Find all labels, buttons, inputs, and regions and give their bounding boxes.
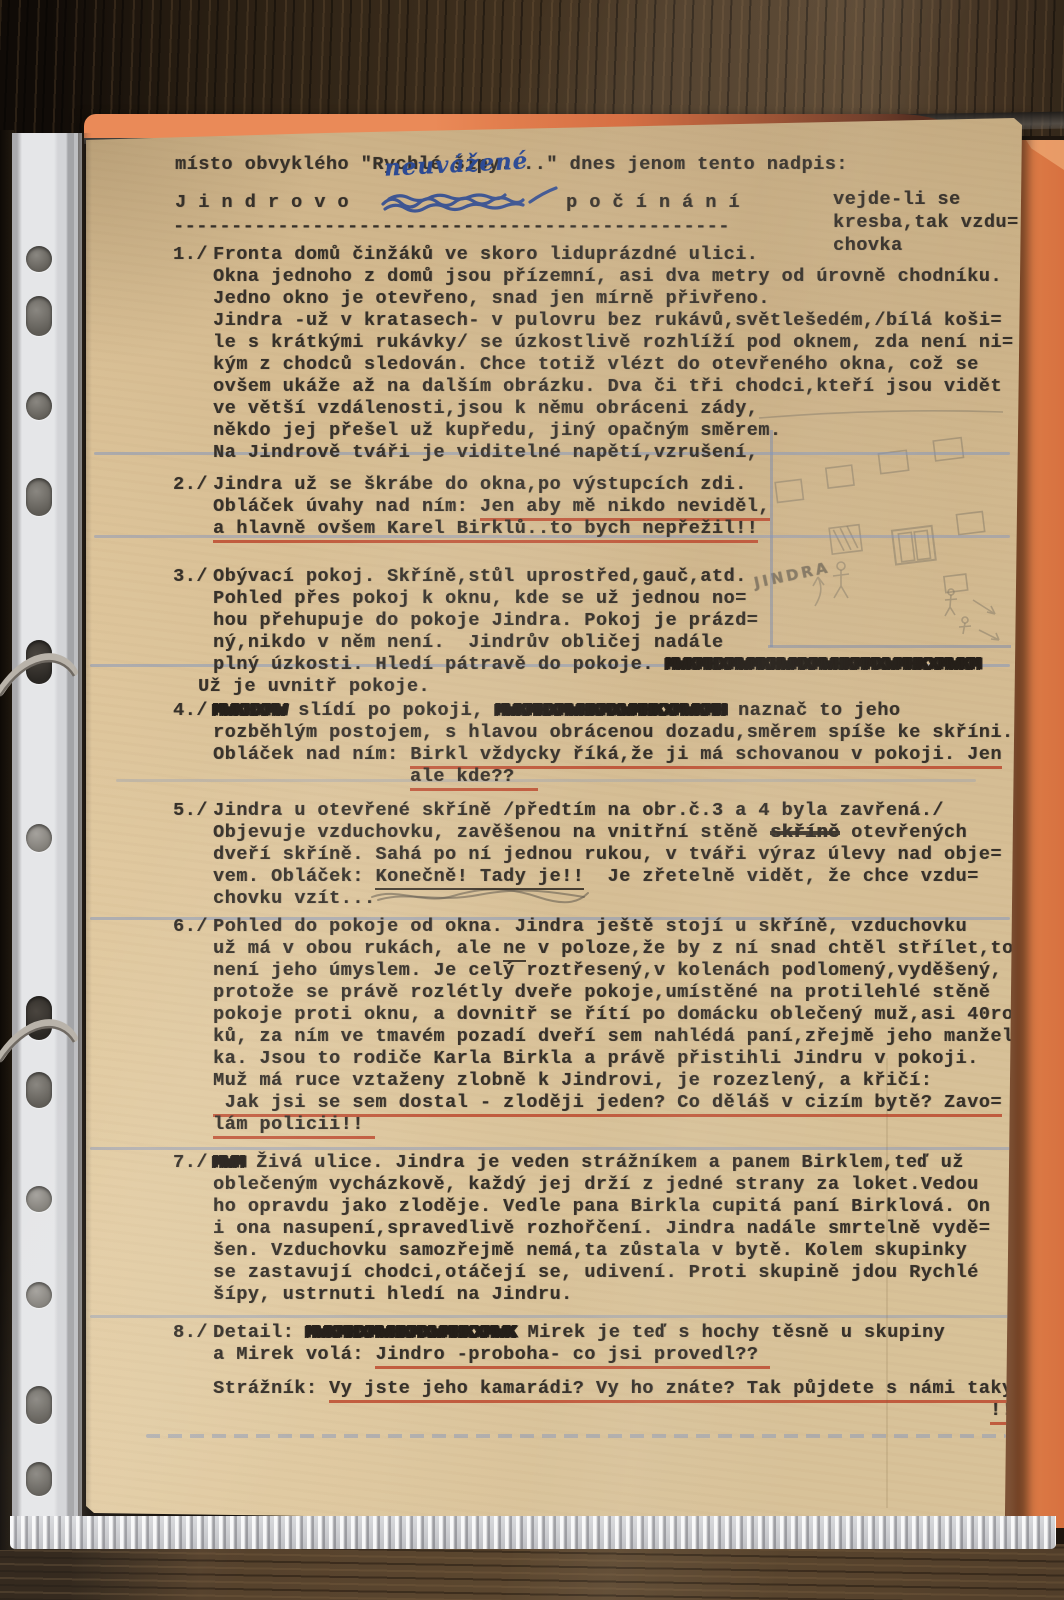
typed-line: ovšem ukáže až na dalším obrázku. Dva či… — [213, 376, 1002, 398]
paper-crease — [886, 1058, 888, 1508]
binder-ring — [0, 608, 92, 712]
typed-line: MWKHXMW slídí po pokoji, MWKMHXMWHKMXWMH… — [213, 700, 900, 722]
typed-text: a Mirek volá: — [213, 1344, 375, 1365]
section-number: 1./ — [173, 244, 208, 266]
typed-line: chovku vzít... — [213, 888, 375, 910]
typed-line: oblečeným vycházkově, každý jej drží z j… — [213, 1174, 979, 1196]
typed-text: protože se právě rozlétly dveře pokoje,u… — [213, 982, 990, 1003]
handwritten-correction: neuvážené — [383, 148, 529, 182]
section-number: 5./ — [173, 800, 208, 822]
typed-text: ve větší vzdálenosti,jsou k němu obrácen… — [213, 398, 758, 419]
crossed-out-text: MWKMHXMWHKMXWMHKXMWKMH — [495, 700, 726, 721]
typed-line: Fronta domů činžáků ve skoro liduprázdné… — [213, 244, 758, 266]
typed-text: plný úzkosti. Hledí pátravě do pokoje. — [213, 654, 665, 675]
typed-text: šípy, ustrnuti hledí na Jindru. — [213, 1284, 573, 1305]
sketch-small-figures-arrows — [945, 589, 999, 640]
typed-line: někdo jej přešel už kupředu, jiný opačný… — [213, 420, 782, 442]
typed-text: Obláček úvahy nad ním: — [213, 496, 480, 517]
typed-text: Okna jednoho z domů jsou přízemní, asi d… — [213, 266, 1002, 287]
typed-text: Strážník: — [213, 1378, 329, 1399]
pencil-storyboard-sketch: JINDRA — [741, 404, 1016, 659]
typed-text: chovku vzít... — [213, 888, 375, 909]
typed-text: Mirek je teď s hochy těsně u skupiny — [516, 1322, 945, 1343]
wood-table-bottom — [0, 1544, 1064, 1600]
typed-text: někdo jej přešel už kupředu, jiný opačný… — [213, 420, 782, 441]
photo-of-script-page: místo obvyklého "Rychlé šípy...." dnes j… — [0, 0, 1064, 1600]
blue-pencil-line — [90, 1147, 1010, 1150]
typed-text: Obláček nad ním: — [213, 744, 410, 765]
typed-text: ho opravdu jako zloděje. Vedle pana Birk… — [213, 1196, 990, 1217]
red-underlined-text: ale kde?? — [410, 766, 538, 791]
typed-text: Jindra -už v kratasech- v pulovru bez ru… — [213, 310, 1002, 331]
typed-text: hou přehupuje do pokoje Jindra. Pokoj je… — [213, 610, 758, 631]
typed-line: ho opravdu jako zloděje. Vedle pana Birk… — [213, 1196, 990, 1218]
punch-hole — [26, 478, 52, 516]
typed-text: se zastavují chodci,otáčejí se, udivení.… — [213, 1262, 979, 1283]
typed-text: kým z chodců sledován. Chce totiž vlézt … — [213, 354, 979, 375]
typed-line: rozběhlým postojem, s hlavou obrácenou d… — [213, 722, 1014, 744]
typed-text: Pohled přes pokoj k oknu, kde se už jedn… — [213, 588, 747, 609]
typed-text: Objevuje vzduchovku, zavěšenou na vnitřn… — [213, 822, 770, 843]
typed-line: Jedno okno je otevřeno, snad jen mírně p… — [213, 288, 770, 310]
binder-ring — [0, 974, 92, 1078]
red-underlined-text: lám policii!! — [213, 1114, 375, 1139]
typed-line: plný úzkosti. Hledí pátravě do pokoje. M… — [213, 654, 981, 676]
title-jindrovo: J i n d r o v o — [175, 192, 349, 214]
sketch-top-line — [759, 411, 1003, 418]
typed-text: Detail: — [213, 1322, 306, 1343]
typed-line: ný,nikdo v něm není. Jindrův obličej nad… — [213, 632, 723, 654]
sketch-window — [775, 479, 803, 502]
black-underlined-text: Konečně! Tady je!! — [375, 866, 584, 890]
sleeve-bottom-serrated-edge — [10, 1516, 1056, 1549]
red-underlined-text: Jindro -proboha- co jsi provedl?? — [375, 1344, 769, 1369]
sketch-window — [826, 465, 854, 488]
typed-line: vem. Obláček: Konečně! Tady je!! Je zřet… — [213, 866, 979, 888]
typed-text: Obývací pokoj. Skříně,stůl uprostřed,gau… — [213, 566, 747, 587]
typed-line: pokoje proti oknu, a dovnitř se řítí po … — [213, 1004, 1025, 1026]
typed-text: Pohled do pokoje od okna. Jindra ještě s… — [213, 916, 967, 937]
typed-line: dveří skříně. Sahá po ní jednou rukou, v… — [213, 844, 1002, 866]
script-paper: místo obvyklého "Rychlé šípy...." dnes j… — [86, 118, 1022, 1520]
margin-note-line: chovka — [833, 235, 1019, 258]
punch-hole — [26, 1282, 52, 1308]
typed-text: rozběhlým postojem, s hlavou obrácenou d… — [213, 722, 1014, 743]
section-number: 6./ — [173, 916, 208, 938]
black-underlined-text: ne — [503, 938, 526, 962]
punch-hole — [26, 246, 52, 272]
blue-pencil-line — [146, 1434, 1006, 1438]
typed-line: Jindra u otevřené skříně /předtím na obr… — [213, 800, 944, 822]
typed-text: v poloze,že by z ní snad chtěl střílet,t… — [526, 938, 1013, 959]
section-number: 4./ — [173, 700, 208, 722]
crossed-out-text: MWM — [213, 1152, 245, 1173]
orange-sheet-fold — [1026, 140, 1064, 170]
margin-note: vejde-li se kresba,tak vzdu= chovka — [833, 189, 1019, 258]
typed-line: Pohled přes pokoj k oknu, kde se už jedn… — [213, 588, 747, 610]
blue-pencil-line — [90, 1315, 1010, 1318]
section-number: 3./ — [173, 566, 208, 588]
sketch-jindra-label: JINDRA — [751, 558, 831, 592]
typed-text: Fronta domů činžáků ve skoro liduprázdné… — [213, 244, 758, 265]
typed-line: šen. Vzduchovku samozřejmě nemá,ta zůsta… — [213, 1240, 967, 1262]
typed-line: ků, za ním ve tmavém pozadí dveří sem na… — [213, 1026, 1025, 1048]
punch-hole — [26, 1186, 52, 1212]
typed-line: le s krátkými rukávky/ se úzkostlivě roz… — [213, 332, 1014, 354]
typed-line: a Mirek volá: Jindro -proboha- co jsi pr… — [213, 1344, 770, 1366]
typed-text: Jindra už se škrábe do okna,po výstupcíc… — [213, 474, 747, 495]
typed-text: vem. Obláček: — [213, 866, 375, 887]
typed-text: není jeho úmyslem. Je celý roztřesený,v … — [213, 960, 1002, 981]
typed-text: Jindra u otevřené skříně /předtím na obr… — [213, 800, 944, 821]
typed-line: hou přehupuje do pokoje Jindra. Pokoj je… — [213, 610, 758, 632]
typed-text: i ona nasupení,spravedlivě rozhořčení. J… — [213, 1218, 990, 1239]
typewritten-text-layer: místo obvyklého "Rychlé šípy...." dnes j… — [86, 138, 1022, 1520]
blue-pencil-line — [116, 779, 976, 782]
typed-text: Muž má ruce vztaženy zlobně k Jindrovi, … — [213, 1070, 932, 1091]
section-number: 2./ — [173, 474, 208, 496]
typed-line: protože se právě rozlétly dveře pokoje,u… — [213, 982, 990, 1004]
typed-text: ků, za ním ve tmavém pozadí dveří sem na… — [213, 1026, 1025, 1047]
margin-note-line: kresba,tak vzdu= — [833, 212, 1019, 235]
typed-line: už má v obou rukách, ale ne v poloze,že … — [213, 938, 1014, 960]
ink-scribble-over-word — [378, 182, 564, 220]
punch-hole — [26, 392, 52, 420]
typed-line: i ona nasupení,spravedlivě rozhořčení. J… — [213, 1218, 990, 1240]
sketch-window — [944, 574, 968, 593]
typed-line: Strážník: Vy jste jeho kamarádi? Vy ho z… — [213, 1378, 1014, 1400]
section-number: 8./ — [173, 1322, 208, 1344]
interlude-line: Už je uvnitř pokoje. — [198, 676, 430, 698]
sketch-window — [956, 512, 984, 535]
typed-line: Pohled do pokoje od okna. Jindra ještě s… — [213, 916, 967, 938]
typed-text: pokoje proti oknu, a dovnitř se řítí po … — [213, 1004, 1025, 1025]
typed-line: lám policii!! — [213, 1114, 375, 1136]
typed-line: ve větší vzdálenosti,jsou k němu obrácen… — [213, 398, 758, 420]
typed-text: dveří skříně. Sahá po ní jednou rukou, v… — [213, 844, 1002, 865]
typed-line: Obláček úvahy nad ním: Jen aby mě nikdo … — [213, 496, 770, 518]
typed-text: ný,nikdo v něm není. Jindrův obličej nad… — [213, 632, 723, 653]
typed-text: otevřených — [840, 822, 968, 843]
typed-line: Okna jednoho z domů jsou přízemní, asi d… — [213, 266, 1002, 288]
punch-hole — [26, 1462, 52, 1496]
crossed-out-text: MWKHXMW — [213, 700, 287, 721]
punch-hole — [26, 824, 52, 852]
sketch-arrow-by-label — [813, 577, 824, 606]
red-underlined-text: a hlavně ovšem Karel Birklů..to bych nep… — [213, 518, 758, 543]
crossed-out-text: MWKMHXMWHKMXWMHKXMWK — [306, 1322, 516, 1343]
blue-pencil-box-vertical — [770, 430, 773, 647]
typed-text: šen. Vzduchovku samozřejmě nemá,ta zůsta… — [213, 1240, 967, 1261]
typed-line: Na Jindrově tváři je viditelné napětí,vz… — [213, 442, 758, 464]
typed-text: Je zřetelně vidět, že chce vzdu= — [584, 866, 978, 887]
struck-word: skříně — [770, 822, 840, 843]
typed-line: Jindra už se škrábe do okna,po výstupcíc… — [213, 474, 747, 496]
typed-line: Obláček nad ním: Birkl vždycky říká,že j… — [213, 744, 1002, 766]
sketch-window — [933, 438, 963, 461]
typed-line: šípy, ustrnuti hledí na Jindru. — [213, 1284, 573, 1306]
title-pocinani: p o č í n á n í — [566, 192, 740, 214]
typed-line: Objevuje vzduchovku, zavěšenou na vnitřn… — [213, 822, 967, 844]
crossed-out-text: MWKMHXMWMKHWMXMWHKMMXWMHKXMWKM — [665, 654, 980, 675]
typed-line: ka. Jsou to rodiče Karla Birkla a právě … — [213, 1048, 979, 1070]
typed-text: ka. Jsou to rodiče Karla Birkla a právě … — [213, 1048, 979, 1069]
typed-line: Detail: MWKMHXMWHKMXWMHKXMWK Mirek je te… — [213, 1322, 945, 1344]
typed-text: le s krátkými rukávky/ se úzkostlivě roz… — [213, 332, 1014, 353]
sketch-stick-figure — [833, 562, 849, 598]
typed-text: slídí po pokoji, — [287, 700, 496, 721]
sleeve-seam-shadow — [78, 133, 92, 1519]
typed-line: Obývací pokoj. Skříně,stůl uprostřed,gau… — [213, 566, 747, 588]
blue-pencil-box-horizontal — [768, 645, 1011, 648]
punch-hole — [26, 296, 52, 336]
margin-note-line: vejde-li se — [833, 189, 1019, 212]
typed-line: Jak jsi se sem dostal - zloději jeden? C… — [213, 1092, 1002, 1114]
punch-hole — [26, 1386, 52, 1424]
typed-line: Jindra -už v kratasech- v pulovru bez ru… — [213, 310, 1002, 332]
typed-text: Jedno okno je otevřeno, snad jen mírně p… — [213, 288, 770, 309]
typed-line: kým z chodců sledován. Chce totiž vlézt … — [213, 354, 979, 376]
typed-line: MWM Živá ulice. Jindra je veden strážník… — [213, 1152, 964, 1174]
typed-line: ale kde?? — [410, 766, 538, 788]
typed-line: a hlavně ovšem Karel Birklů..to bych nep… — [213, 518, 758, 540]
typed-text: Na Jindrově tváři je viditelné napětí,vz… — [213, 442, 758, 463]
typed-text: oblečeným vycházkově, každý jej drží z j… — [213, 1174, 979, 1195]
typed-line: se zastavují chodci,otáčejí se, udivení.… — [213, 1262, 979, 1284]
typed-text: už má v obou rukách, ale — [213, 938, 503, 959]
red-underlined-text: Vy jste jeho kamarádi? Vy ho znáte? Tak … — [329, 1378, 1014, 1403]
section-number: 7./ — [173, 1152, 208, 1174]
typed-line: Muž má ruce vztaženy zlobně k Jindrovi, … — [213, 1070, 932, 1092]
typed-text: Živá ulice. Jindra je veden strážníkem a… — [245, 1152, 964, 1173]
typed-line: není jeho úmyslem. Je celý roztřesený,v … — [213, 960, 1002, 982]
typed-text: ovšem ukáže až na dalším obrázku. Dva či… — [213, 376, 1002, 397]
typed-text: naznač to jeho — [726, 700, 900, 721]
